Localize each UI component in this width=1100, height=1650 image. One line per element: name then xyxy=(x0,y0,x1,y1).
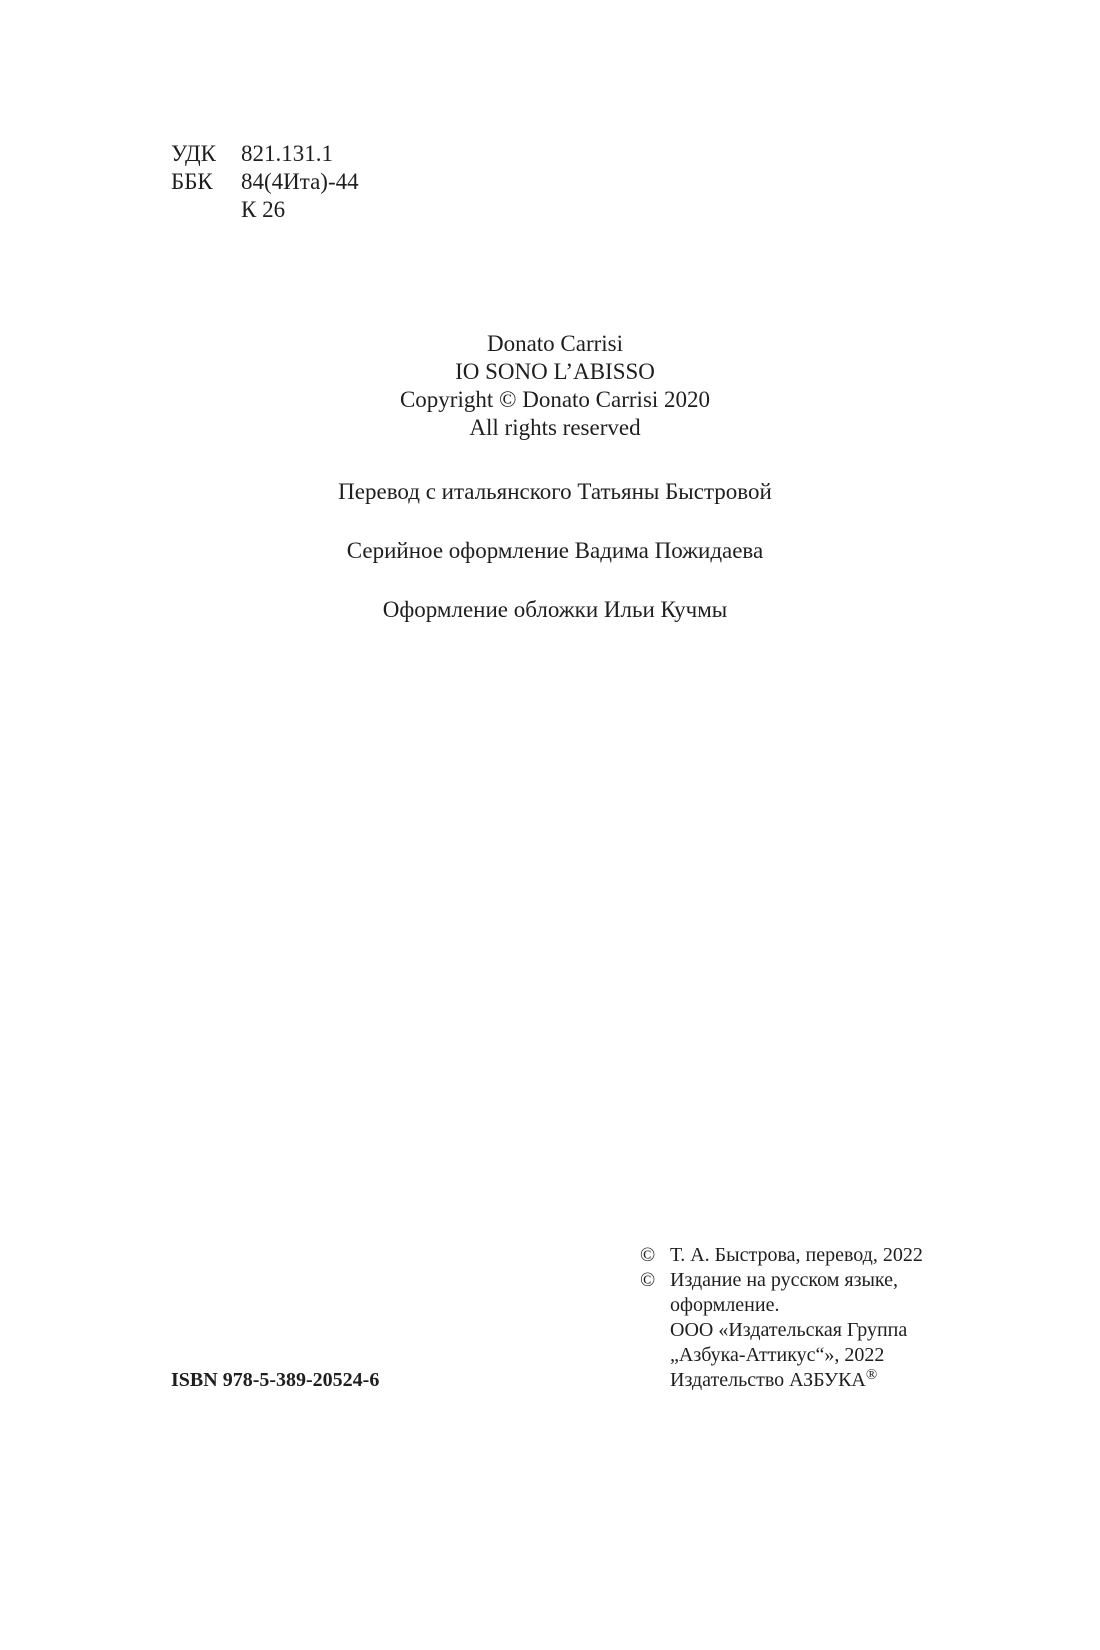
publisher-copyright-line: оформление. xyxy=(670,1293,907,1318)
copyright-symbol-icon: © xyxy=(640,1268,670,1393)
rights-statement: All rights reserved xyxy=(0,414,1100,442)
registered-trademark-icon: ® xyxy=(866,1367,877,1383)
original-title: IO SONO L’ABISSO xyxy=(0,358,1100,386)
copyright-notices: © Т. А. Быстрова, перевод, 2022 © Издани… xyxy=(640,1243,923,1393)
translation-copyright-line: Т. А. Быстрова, перевод, 2022 xyxy=(670,1243,923,1268)
udk-row: УДК821.131.1 xyxy=(171,140,359,168)
isbn: ISBN 978-5-389-20524-6 xyxy=(171,1368,379,1393)
copyright-entry-text: Т. А. Быстрова, перевод, 2022 xyxy=(670,1243,923,1268)
cover-design-credit: Оформление обложки Ильи Кучмы xyxy=(0,596,1100,624)
copyright-entry-text: Издание на русском языке, оформление. ОО… xyxy=(670,1268,907,1393)
bbk-label: ББК xyxy=(171,168,241,196)
udk-label: УДК xyxy=(171,140,241,168)
bbk-code: 84(4Ита)-44 xyxy=(241,168,359,196)
copyright-entry-publisher: © Издание на русском языке, оформление. … xyxy=(640,1268,923,1393)
translator-credit: Перевод с итальянского Татьяны Быстровой xyxy=(0,478,1100,506)
publisher-copyright-line: ООО «Издательская Группа xyxy=(670,1318,907,1343)
bbk-row: ББК84(4Ита)-44 xyxy=(171,168,359,196)
copyright-symbol-icon: © xyxy=(640,1243,670,1268)
publisher-imprint: Издательство АЗБУКА xyxy=(670,1369,866,1391)
classification-codes: УДК821.131.1 ББК84(4Ита)-44 К 26 xyxy=(171,140,359,224)
copyright-entry-translation: © Т. А. Быстрова, перевод, 2022 xyxy=(640,1243,923,1268)
original-author: Donato Carrisi xyxy=(0,330,1100,358)
udk-code: 821.131.1 xyxy=(241,140,333,168)
publisher-copyright-line: „Азбука-Аттикус“», 2022 xyxy=(670,1343,907,1368)
original-edition-info: Donato Carrisi IO SONO L’ABISSO Copyrigh… xyxy=(0,330,1100,442)
original-copyright: Copyright © Donato Carrisi 2020 xyxy=(0,386,1100,414)
author-mark: К 26 xyxy=(171,196,359,224)
publisher-imprint-line: Издательство АЗБУКА® xyxy=(670,1368,907,1393)
publisher-copyright-line: Издание на русском языке, xyxy=(670,1268,907,1293)
series-design-credit: Серийное оформление Вадима Пожидаева xyxy=(0,537,1100,565)
